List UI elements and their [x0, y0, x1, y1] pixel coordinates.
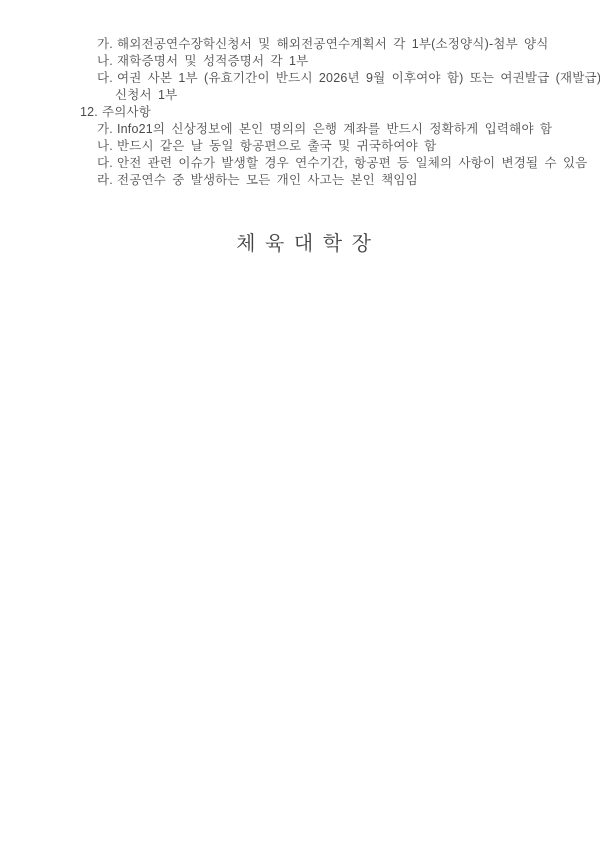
list-item-text: 전공연수 중 발생하는 모든 개인 사고는 본인 책임임	[117, 172, 418, 189]
list-item-text: Info21의 신상정보에 본인 명의의 은행 계좌를 반드시 정확하게 입력해…	[117, 121, 552, 138]
section-heading-12: 12. 주의사항	[0, 104, 600, 121]
list-item-text: 여권 사본 1부 (유효기간이 반드시 2026년 9월 이후여야 함) 또는 …	[117, 70, 600, 87]
note-item-da: 다. 안전 관련 이슈가 발생할 경우 연수기간, 항공편 등 일체의 사항이 …	[0, 155, 600, 172]
signature-title: 체 육 대 학 장	[9, 233, 600, 255]
attachment-item-da-continuation: 신청서 1부	[0, 87, 600, 104]
list-item-label: 나.	[97, 138, 113, 155]
list-item-text: 해외전공연수장학신청서 및 해외전공연수계획서 각 1부(소정양식)-첨부 양식	[117, 36, 549, 53]
list-item-text: 재학증명서 및 성적증명서 각 1부	[117, 53, 308, 70]
attachment-item-da: 다. 여권 사본 1부 (유효기간이 반드시 2026년 9월 이후여야 함) …	[0, 70, 600, 87]
list-item-text: 안전 관련 이슈가 발생할 경우 연수기간, 항공편 등 일체의 사항이 변경될…	[117, 155, 588, 172]
note-item-ga: 가. Info21의 신상정보에 본인 명의의 은행 계좌를 반드시 정확하게 …	[0, 121, 600, 138]
list-item-text: 반드시 같은 날 동일 항공편으로 출국 및 귀국하여야 함	[117, 138, 436, 155]
attachment-item-ga: 가. 해외전공연수장학신청서 및 해외전공연수계획서 각 1부(소정양식)-첨부…	[0, 36, 600, 53]
list-item-label: 가.	[97, 36, 113, 53]
note-item-ra: 라. 전공연수 중 발생하는 모든 개인 사고는 본인 책임임	[0, 172, 600, 189]
list-item-label: 라.	[97, 172, 113, 189]
list-item-label: 나.	[97, 53, 113, 70]
attachment-item-na: 나. 재학증명서 및 성적증명서 각 1부	[0, 53, 600, 70]
list-item-label: 가.	[97, 121, 113, 138]
list-item-label: 다.	[97, 155, 113, 172]
note-item-na: 나. 반드시 같은 날 동일 항공편으로 출국 및 귀국하여야 함	[0, 138, 600, 155]
document-text-block: 가. 해외전공연수장학신청서 및 해외전공연수계획서 각 1부(소정양식)-첨부…	[0, 36, 600, 189]
list-item-label: 다.	[97, 70, 113, 87]
list-item-text: 신청서 1부	[115, 87, 177, 104]
section-number: 12.	[80, 104, 98, 121]
document-page: 가. 해외전공연수장학신청서 및 해외전공연수계획서 각 1부(소정양식)-첨부…	[0, 0, 600, 848]
section-title: 주의사항	[102, 104, 151, 121]
